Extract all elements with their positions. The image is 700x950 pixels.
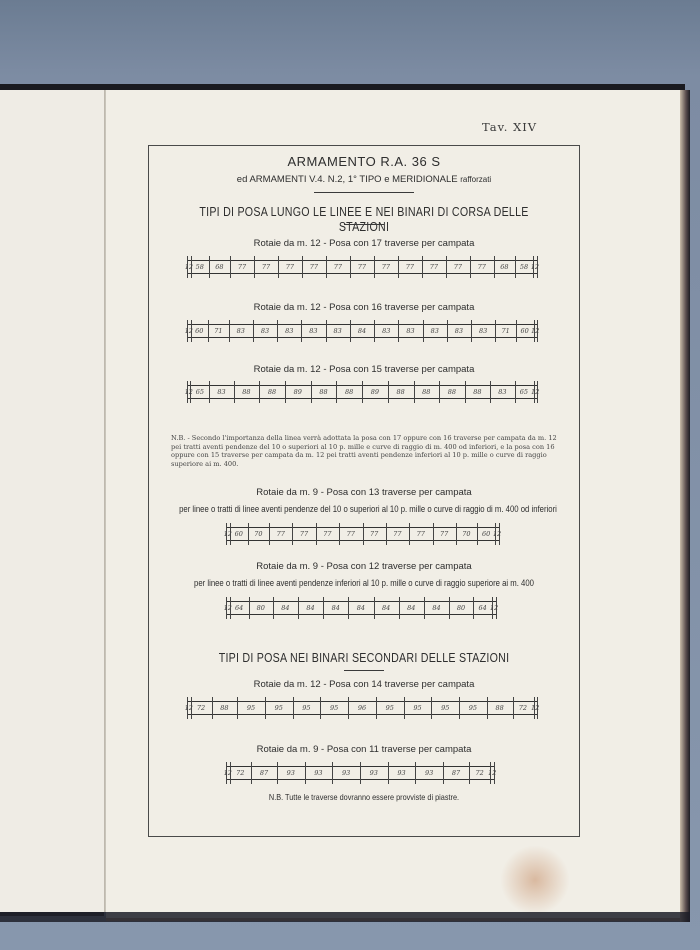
- diagram-subcaption: per linee o tratti di linee aventi pende…: [179, 578, 549, 588]
- spacing-value: 88: [465, 381, 491, 403]
- spacing-value: 89: [362, 381, 388, 403]
- spacing-value: 84: [374, 597, 399, 619]
- spacing-value: 83: [277, 320, 301, 342]
- spacing-value: 83: [471, 320, 495, 342]
- main-title: ARMAMENTO R.A. 36 S: [149, 154, 579, 169]
- spacing-value: 64: [230, 597, 249, 619]
- spacing-value: 88: [388, 381, 414, 403]
- spacing-value: 88: [212, 697, 238, 719]
- spacing-value: 68: [209, 256, 230, 278]
- spacing-value: 77: [446, 256, 470, 278]
- spacing-value: 65: [190, 381, 209, 403]
- spacing-value: 88: [439, 381, 465, 403]
- spacing-value: 88: [336, 381, 362, 403]
- spacing-value: 77: [339, 523, 362, 545]
- tie-diagram: 1258687777777777777777777777685812: [187, 256, 537, 278]
- tie-diagram: 127288959595959695959595887212: [187, 697, 537, 719]
- spacing-value: 77: [316, 523, 339, 545]
- spacing-value: 12: [492, 597, 496, 619]
- spacing-value: 70: [248, 523, 269, 545]
- book-cover-edge: [680, 90, 690, 922]
- spacing-value: 95: [459, 697, 487, 719]
- spacing-value: 77: [230, 256, 254, 278]
- spacing-value: 12: [533, 697, 537, 719]
- spacing-value: 58: [191, 256, 209, 278]
- diagram-caption: Rotaie da m. 12 - Posa con 17 traverse p…: [149, 238, 579, 249]
- spacing-value: 77: [292, 523, 315, 545]
- spacing-value: 71: [208, 320, 229, 342]
- spacing-value: 95: [320, 697, 348, 719]
- spacing-value: 70: [456, 523, 477, 545]
- spacing-value: 77: [302, 256, 326, 278]
- spacing-value: 84: [399, 597, 424, 619]
- spacing-value: 93: [332, 762, 360, 784]
- spacing-value: 60: [191, 320, 209, 342]
- tie-diagram: 1260707777777777777777706012: [226, 523, 499, 545]
- diagram-caption: Rotaie da m. 12 - Posa con 15 traverse p…: [149, 364, 579, 375]
- spacing-value: 77: [362, 523, 385, 545]
- spacing-value: 77: [269, 523, 292, 545]
- spacing-value: 93: [305, 762, 333, 784]
- spacing-value: 77: [432, 523, 455, 545]
- spacing-value: 87: [251, 762, 277, 784]
- spacing-value: 83: [209, 381, 233, 403]
- spacing-value: 84: [348, 597, 373, 619]
- spacing-value: 83: [423, 320, 447, 342]
- final-note: N.B. Tutte le traverse dovranno essere p…: [179, 792, 549, 802]
- spacing-value: 84: [323, 597, 348, 619]
- subtitle-small: rafforzati: [460, 175, 491, 184]
- spacing-value: 77: [470, 256, 494, 278]
- divider: [314, 192, 414, 193]
- section-title-lines: TIPI DI POSA LUNGO LE LINEE E NEI BINARI…: [188, 204, 541, 234]
- spacing-value: 95: [293, 697, 321, 719]
- foxing-stain: [500, 845, 570, 915]
- diagram-caption: Rotaie da m. 9 - Posa con 12 traverse pe…: [149, 561, 579, 572]
- spacing-value: 83: [398, 320, 422, 342]
- spacing-value: 93: [388, 762, 416, 784]
- spacing-value: 77: [278, 256, 302, 278]
- diagram-subcaption: per linee o tratti di linee aventi pende…: [179, 504, 549, 514]
- spacing-value: 77: [350, 256, 374, 278]
- spacing-value: 83: [253, 320, 277, 342]
- spacing-value: 95: [265, 697, 293, 719]
- spacing-value: 77: [254, 256, 278, 278]
- spacing-value: 84: [273, 597, 298, 619]
- plate-frame: ARMAMENTO R.A. 36 S ed ARMAMENTI V.4. N.…: [148, 145, 580, 837]
- spacing-value: 88: [413, 381, 439, 403]
- spacing-value: 12: [495, 523, 499, 545]
- spacing-value: 88: [234, 381, 260, 403]
- spacing-value: 80: [449, 597, 473, 619]
- spacing-value: 88: [311, 381, 337, 403]
- spacing-value: 77: [386, 523, 409, 545]
- spacing-value: 89: [285, 381, 311, 403]
- spacing-value: 83: [374, 320, 398, 342]
- tie-diagram: 1260718383838383848383838383716012: [187, 320, 537, 342]
- section-title-secondary: TIPI DI POSA NEI BINARI SECONDARI DELLE …: [188, 650, 541, 665]
- note-text: N.B. - Secondo l'importanza della linea …: [171, 434, 563, 468]
- spacing-value: 96: [348, 697, 376, 719]
- spacing-value: 95: [376, 697, 404, 719]
- plate-number: Tav. XIV: [482, 120, 537, 134]
- spacing-value: 95: [404, 697, 432, 719]
- diagram-caption: Rotaie da m. 9 - Posa con 11 traverse pe…: [149, 744, 579, 755]
- left-page: [0, 90, 104, 916]
- spacing-value: 93: [277, 762, 305, 784]
- divider: [344, 670, 384, 671]
- divider: [344, 224, 384, 225]
- book-bottom-edge: [0, 912, 690, 922]
- tie-diagram: 127287939393939393877212: [226, 762, 494, 784]
- spacing-value: 83: [490, 381, 514, 403]
- spacing-value: 72: [230, 762, 251, 784]
- spacing-value: 12: [533, 381, 536, 403]
- spacing-value: 77: [409, 523, 432, 545]
- diagram-caption: Rotaie da m. 9 - Posa con 13 traverse pe…: [149, 487, 579, 498]
- spacing-value: 77: [374, 256, 398, 278]
- spacing-value: 84: [350, 320, 375, 342]
- spacing-value: 88: [487, 697, 513, 719]
- subtitle-main: ed ARMAMENTI V.4. N.2, 1° TIPO e MERIDIO…: [237, 174, 458, 185]
- spacing-value: 95: [237, 697, 265, 719]
- spacing-value: 71: [495, 320, 516, 342]
- spacing-value: 12: [533, 320, 537, 342]
- spacing-value: 68: [494, 256, 515, 278]
- spacing-value: 87: [443, 762, 469, 784]
- tie-diagram: 12648084848484848484806412: [226, 597, 496, 619]
- spacing-value: 84: [298, 597, 323, 619]
- spacing-value: 83: [326, 320, 350, 342]
- spacing-value: 77: [326, 256, 350, 278]
- spacing-value: 72: [191, 697, 212, 719]
- spacing-value: 95: [431, 697, 459, 719]
- spacing-value: 84: [424, 597, 449, 619]
- tie-diagram: 12658388888988888988888888836512: [187, 381, 537, 403]
- spacing-value: 93: [360, 762, 388, 784]
- spacing-value: 12: [533, 256, 537, 278]
- spacing-value: 77: [422, 256, 446, 278]
- spacing-value: 83: [447, 320, 471, 342]
- spacing-value: 60: [230, 523, 248, 545]
- spacing-value: 77: [398, 256, 422, 278]
- spacing-value: 88: [259, 381, 285, 403]
- diagram-caption: Rotaie da m. 12 - Posa con 16 traverse p…: [149, 302, 579, 313]
- spacing-value: 83: [301, 320, 325, 342]
- spacing-value: 80: [249, 597, 273, 619]
- spacing-value: 83: [229, 320, 253, 342]
- spacing-value: 12: [490, 762, 494, 784]
- diagram-caption: Rotaie da m. 12 - Posa con 14 traverse p…: [149, 679, 579, 690]
- spacing-value: 93: [415, 762, 443, 784]
- subtitle: ed ARMAMENTI V.4. N.2, 1° TIPO e MERIDIO…: [149, 174, 579, 185]
